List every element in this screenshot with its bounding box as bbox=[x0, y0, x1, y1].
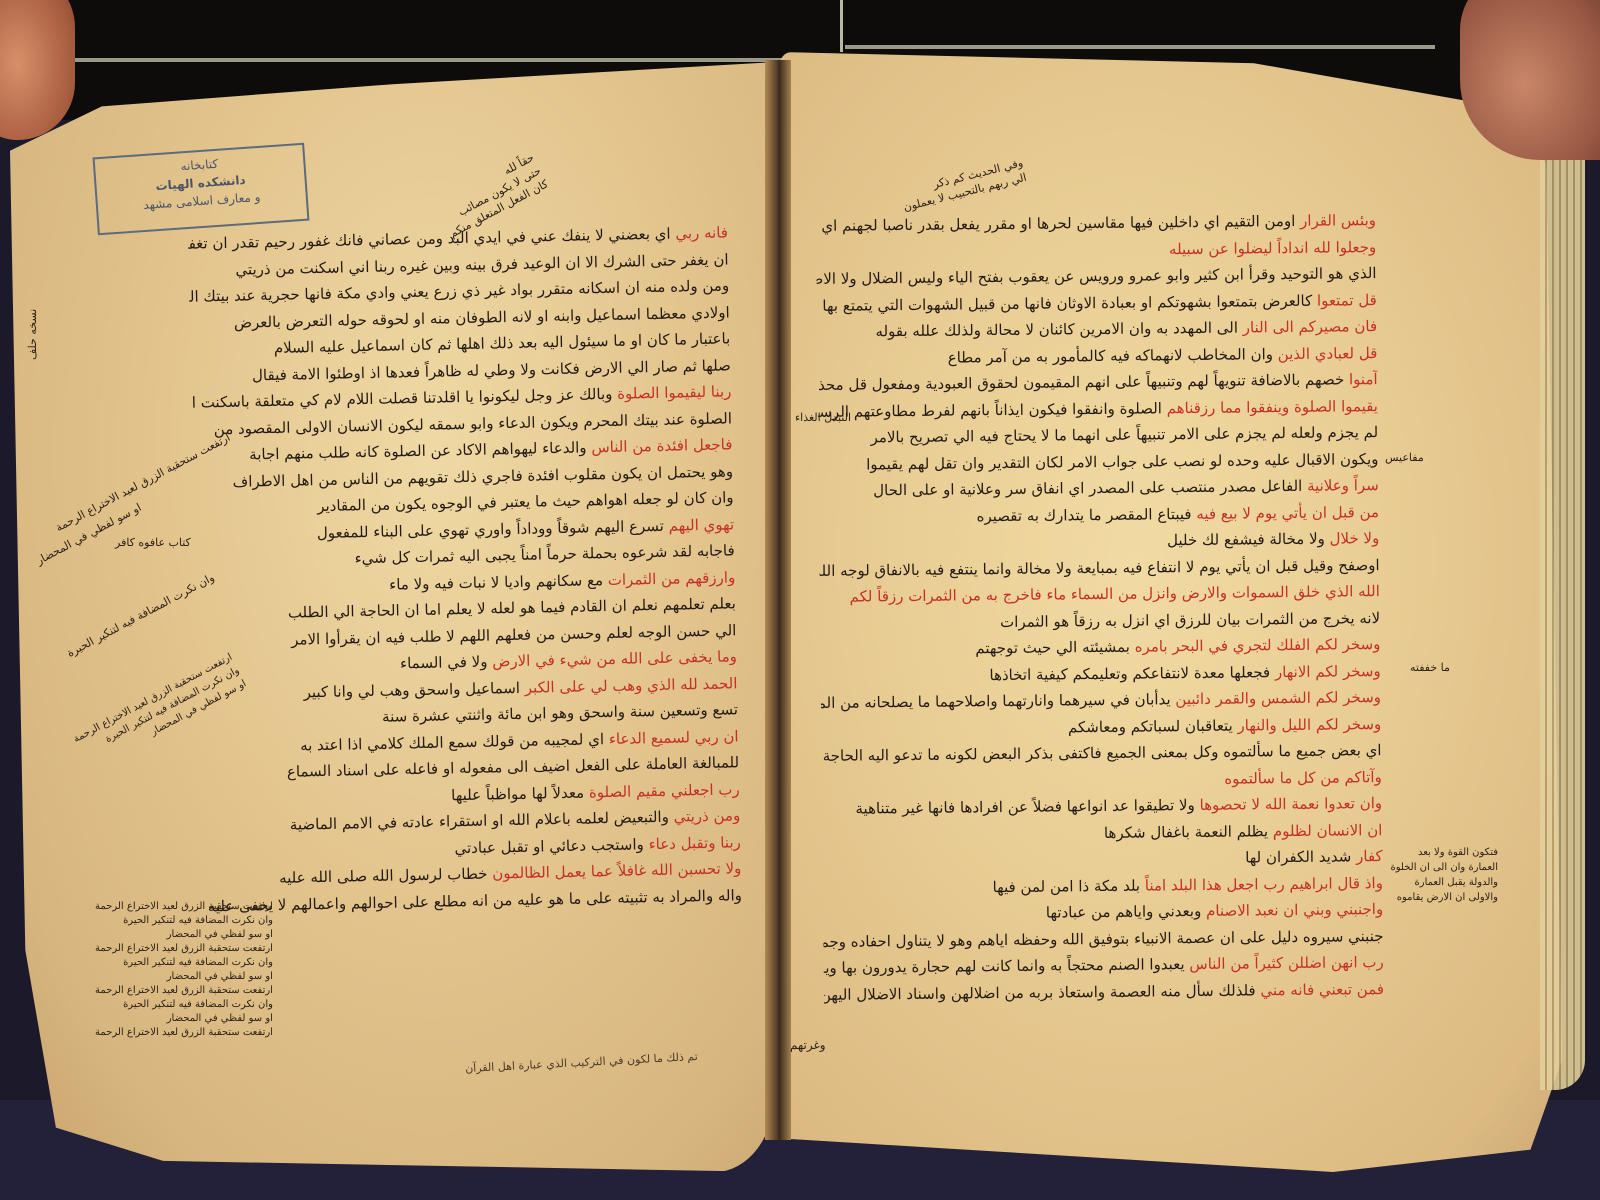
line-text: الصلوة وانفقوا فيكون ايذاناً بانهم لفرط … bbox=[818, 399, 1162, 424]
rubric: فمن تبعني فانه مني bbox=[1260, 980, 1384, 999]
rubric: ربنا وتقبل دعاء bbox=[648, 833, 741, 853]
line-text: يتعاقبان لسباتكم ومعاشكم bbox=[1068, 716, 1233, 736]
page-edges bbox=[1540, 130, 1585, 1090]
line-text: والدعاء ليهواهم الاكاد عن الصلوة كانه طل… bbox=[249, 438, 587, 463]
line-text: وان المخاطب لانهماكه فيه كالمأمور به من … bbox=[948, 345, 1273, 366]
line-text: يعبدوا الصنم محتجاً به وانما كانت لهم حج… bbox=[824, 955, 1185, 981]
line-text: الفاعل مصدر منتصب على المصدر اي انفاق سر… bbox=[873, 477, 1302, 499]
line-text: للمبالغة العاملة على الفعل اضيف الى مفعو… bbox=[287, 753, 740, 780]
rubric: وسخر لكم الشمس والقمر دائبين bbox=[1175, 688, 1381, 708]
line-text: ويكون الاقبال عليه وحده لو نصب على جواب … bbox=[866, 450, 1379, 473]
line-text: اي لمجيبه من قولك سمع الملك كلامي اذا اع… bbox=[300, 730, 604, 754]
line-text: اسماعيل واسحق وهب لي وانا كبير bbox=[303, 678, 520, 701]
rubric: وبئس القرار bbox=[1300, 211, 1376, 230]
catchword: وغرتهم bbox=[790, 1038, 826, 1052]
shelf-post bbox=[840, 0, 843, 52]
line-text: بعلم تعلمهم نعلم ان القادم فيما هو لعله … bbox=[288, 594, 736, 621]
line-text: فاجابه لقد شرعوه بحملة حرماً امناً يجبى … bbox=[354, 541, 734, 567]
book-gutter bbox=[765, 60, 791, 1140]
line-text: يدأبان في سيرهما وانارتهما واصلاحهما ما … bbox=[821, 690, 1171, 712]
line-text: شديد الكفران لها bbox=[1245, 847, 1351, 866]
left-page-text: فانه ربي اي بعضني لا ينفك عني في ايدي ال… bbox=[188, 219, 742, 919]
line-text: تسع وتسعين سنة واسحق وهو ابن مائة واثنتي… bbox=[382, 700, 738, 725]
rubric: قل لعبادي الذين bbox=[1278, 344, 1378, 363]
line-text: ولا تطيقوا عد انواعها فضلاً عن افرادها ف… bbox=[855, 796, 1195, 818]
rubric: سراً وعلانية bbox=[1307, 476, 1379, 495]
rubric: ولا تحسبن الله غافلاً عما يعمل الظالمون bbox=[492, 859, 741, 882]
shelf-rail bbox=[45, 58, 845, 62]
line-text: وان كان لو جعله اهواهم حيث ما يعتبر في ا… bbox=[317, 488, 734, 515]
line-text: خطاب لرسول الله صلى الله عليه bbox=[279, 865, 488, 887]
rubric: ان الانسان لظلوم bbox=[1273, 821, 1383, 840]
line-text: اي بعض جميع ما سألتموه وكل بمعنى الجميع … bbox=[823, 741, 1382, 765]
rubric: الله الذي خلق السموات والارض وانزل من ال… bbox=[849, 582, 1379, 606]
rubric: كفار bbox=[1356, 847, 1383, 865]
line-text: والتبعيض لعلمه باعلام الله او استقراء عا… bbox=[290, 808, 669, 834]
rubric: وان تعدوا نعمة الله لا تحصوها bbox=[1199, 794, 1382, 814]
line-text: اومن التقيم اي داخلين فيها مقاسين لحرها … bbox=[816, 212, 1296, 236]
shelf-rail bbox=[845, 45, 1435, 49]
line-text: معدلاً لها مواظباً عليها bbox=[451, 783, 584, 804]
rubric: رب انهن اضللن كثيراً من الناس bbox=[1189, 953, 1384, 973]
margin-note: نسخه حلف bbox=[25, 309, 40, 360]
rubric: واجنبني وبني ان نعبد الاصنام bbox=[1206, 900, 1383, 920]
line-text: ولا في السماء bbox=[400, 653, 488, 673]
margin-note: التبدل الغذاء bbox=[795, 410, 851, 425]
line-text: واستجب دعائي او تقبل عبادتي bbox=[454, 835, 644, 857]
line-text: صلها ثم صار الي الارض فكانت ولا وطي له ظ… bbox=[252, 356, 731, 384]
rubric: تهوي اليهم bbox=[668, 515, 734, 534]
line-text: لانه يخرج من الثمرات بيان للرزق اي انزل … bbox=[1000, 609, 1380, 631]
line-text: مع سكانهم واديا لا نبات فيه ولا ماء bbox=[389, 571, 603, 593]
line-text: تسرع اليهم شوقاً ووداداً واوري تهوي على … bbox=[317, 516, 664, 541]
rubric: وما يخفى على الله من شيء في الارض bbox=[492, 647, 737, 670]
rubric: آمنوا bbox=[1349, 370, 1378, 388]
margin-note: كتاب عافوه كافر bbox=[115, 535, 191, 550]
rubric: وسخر لكم الانهار bbox=[1275, 662, 1381, 681]
rubric: رب اجعلني مقيم الصلوة bbox=[589, 780, 740, 801]
rubric: قل تمتعوا bbox=[1317, 291, 1377, 310]
library-stamp: کتابخانه دانشکده الهیات و معارف اسلامی م… bbox=[93, 143, 310, 236]
margin-note: فتكون القوة ولا بعد العمارة وان الى ان ا… bbox=[1388, 845, 1498, 905]
rubric: الحمد لله الذي وهب لي على الكبر bbox=[525, 674, 738, 696]
line-text: بلد مكة ذا امن لمن فيها bbox=[992, 876, 1140, 896]
line-text: فلذلك سأل منه العصمة واستعاذ بربه من اضل… bbox=[824, 981, 1256, 1006]
line-text: يظلم النعمة باغفال شكرها bbox=[1104, 822, 1268, 842]
rubric: وآتاكم من كل ما سألتموه bbox=[1224, 768, 1382, 788]
rubric: وسخر لكم الليل والنهار bbox=[1237, 715, 1381, 735]
rubric: ومن ذريتي bbox=[673, 806, 740, 825]
line-text: اوصفح وقيل قبل ان يأتي يوم لا انتفاع فيه… bbox=[819, 556, 1379, 580]
line-text: ولا مخالة فيشفع لك خليل bbox=[1167, 530, 1325, 550]
line-text: وبعدني واياهم من عبادتها bbox=[1046, 902, 1202, 922]
rubric: ان ربي لسميع الدعاء bbox=[609, 727, 739, 748]
margin-note-block: ارتفعت ستحقبة الزرق لعيد الاختراع الرحمة… bbox=[95, 900, 273, 1040]
rubric: وارزقهم من الثمرات bbox=[608, 568, 736, 589]
right-page-text: وبئس القرار اومن التقيم اي داخلين فيها م… bbox=[816, 207, 1384, 1008]
line-text: فجعلها معدة لانتفاعكم وتعليمكم كيفية اتخ… bbox=[989, 663, 1270, 684]
rubric: فانه ربي bbox=[675, 223, 728, 242]
rubric: من قبل ان يأتي يوم لا بيع فيه bbox=[1196, 503, 1379, 523]
rubric: ربنا ليقيموا الصلوة bbox=[617, 382, 732, 402]
line-text: لم يجزم ولعله لم يجزم على الامر تنبيهاً … bbox=[871, 423, 1379, 446]
margin-note: مفاعيس bbox=[1385, 450, 1424, 465]
rubric: وجعلوا لله انداداً ليضلوا عن سبيله bbox=[1169, 238, 1376, 258]
rubric: وسخر لكم الفلك لتجري في البحر بامره bbox=[1135, 635, 1381, 656]
line-text: فيبتاع المقصر ما يتدارك به تقصيره bbox=[976, 505, 1191, 525]
margin-note: ما خففته bbox=[1410, 660, 1450, 675]
rubric: ولا خلال bbox=[1330, 529, 1380, 548]
rubric: فاجعل افئدة من الناس bbox=[591, 435, 732, 456]
line-text: الى المهدد به وان الامرين كائنان لا محال… bbox=[875, 319, 1238, 341]
rubric: واذ قال ابراهيم رب اجعل هذا البلد امناً bbox=[1145, 874, 1383, 894]
line-text: بمشيئته الي حيث توجهتم bbox=[975, 638, 1130, 658]
rubric: يقيموا الصلوة وينفقوا مما رزقناهم bbox=[1167, 397, 1378, 417]
rubric: فان مصيركم الى النار bbox=[1243, 317, 1378, 336]
